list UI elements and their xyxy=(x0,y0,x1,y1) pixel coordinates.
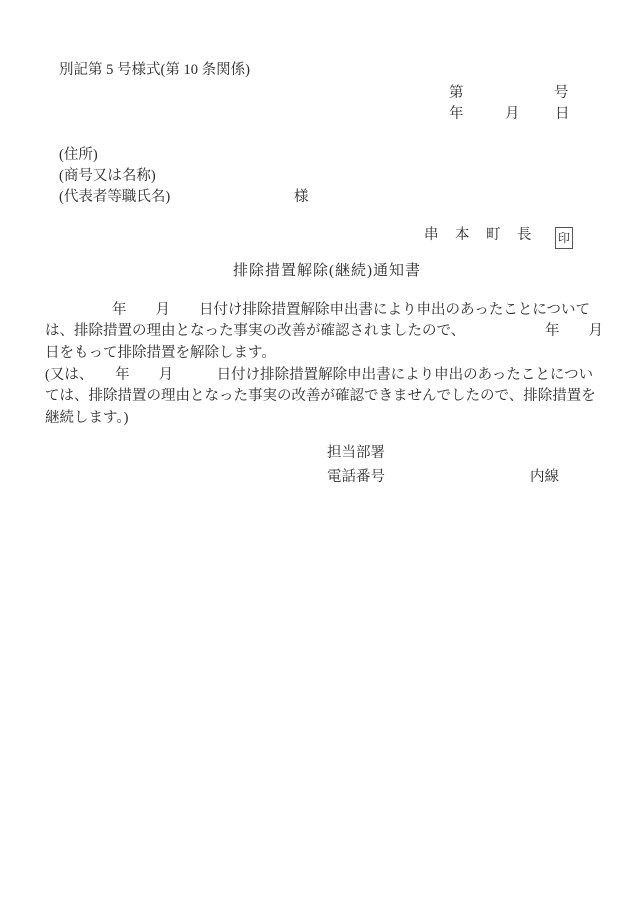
document-title: 排除措置解除(継続)通知書 xyxy=(233,264,421,279)
seal-placeholder-box: 印 xyxy=(555,227,573,249)
doc-number-suffix-label: 号 xyxy=(554,86,569,101)
date-day-label: 日 xyxy=(555,107,570,122)
date-month-label: 月 xyxy=(505,107,520,122)
doc-number-prefix-label: 第 xyxy=(449,86,464,101)
recipient-address-label: (住所) xyxy=(59,148,98,163)
notice-document-page: 別記第 5 号様式(第 10 条関係) 第 号 年 月 日 (住所) (商号又は… xyxy=(0,0,630,915)
recipient-honorific-label: 様 xyxy=(294,190,309,205)
date-year-label: 年 xyxy=(449,107,464,122)
body-line: 年 月 日付け排除措置解除申出書により申出のあったことについて xyxy=(54,303,590,318)
contact-phone-label: 電話番号 xyxy=(327,470,385,485)
contact-department-label: 担当部署 xyxy=(327,446,385,461)
seal-label: 印 xyxy=(558,232,570,244)
body-line: (又は、 年 月 日付け排除措置解除申出書により申出のあったことについ xyxy=(45,368,593,383)
sender-mayor-title: 串 本 町 長 xyxy=(424,228,533,243)
body-line: 日をもって排除措置を解除します。 xyxy=(45,346,276,361)
body-line: 継続します。) xyxy=(45,411,128,426)
body-line: ては、排除措置の理由となった事実の改善が確認できませんでしたので、排除措置を xyxy=(45,389,596,404)
form-number-label: 別記第 5 号様式(第 10 条関係) xyxy=(59,63,250,78)
recipient-trade-name-label: (商号又は名称) xyxy=(59,169,156,184)
contact-extension-label: 内線 xyxy=(530,470,559,485)
recipient-representative-label: (代表者等職氏名) xyxy=(59,190,170,205)
body-line: は、排除措置の理由となった事実の改善が確認されましたので、 年 月 xyxy=(45,324,603,339)
